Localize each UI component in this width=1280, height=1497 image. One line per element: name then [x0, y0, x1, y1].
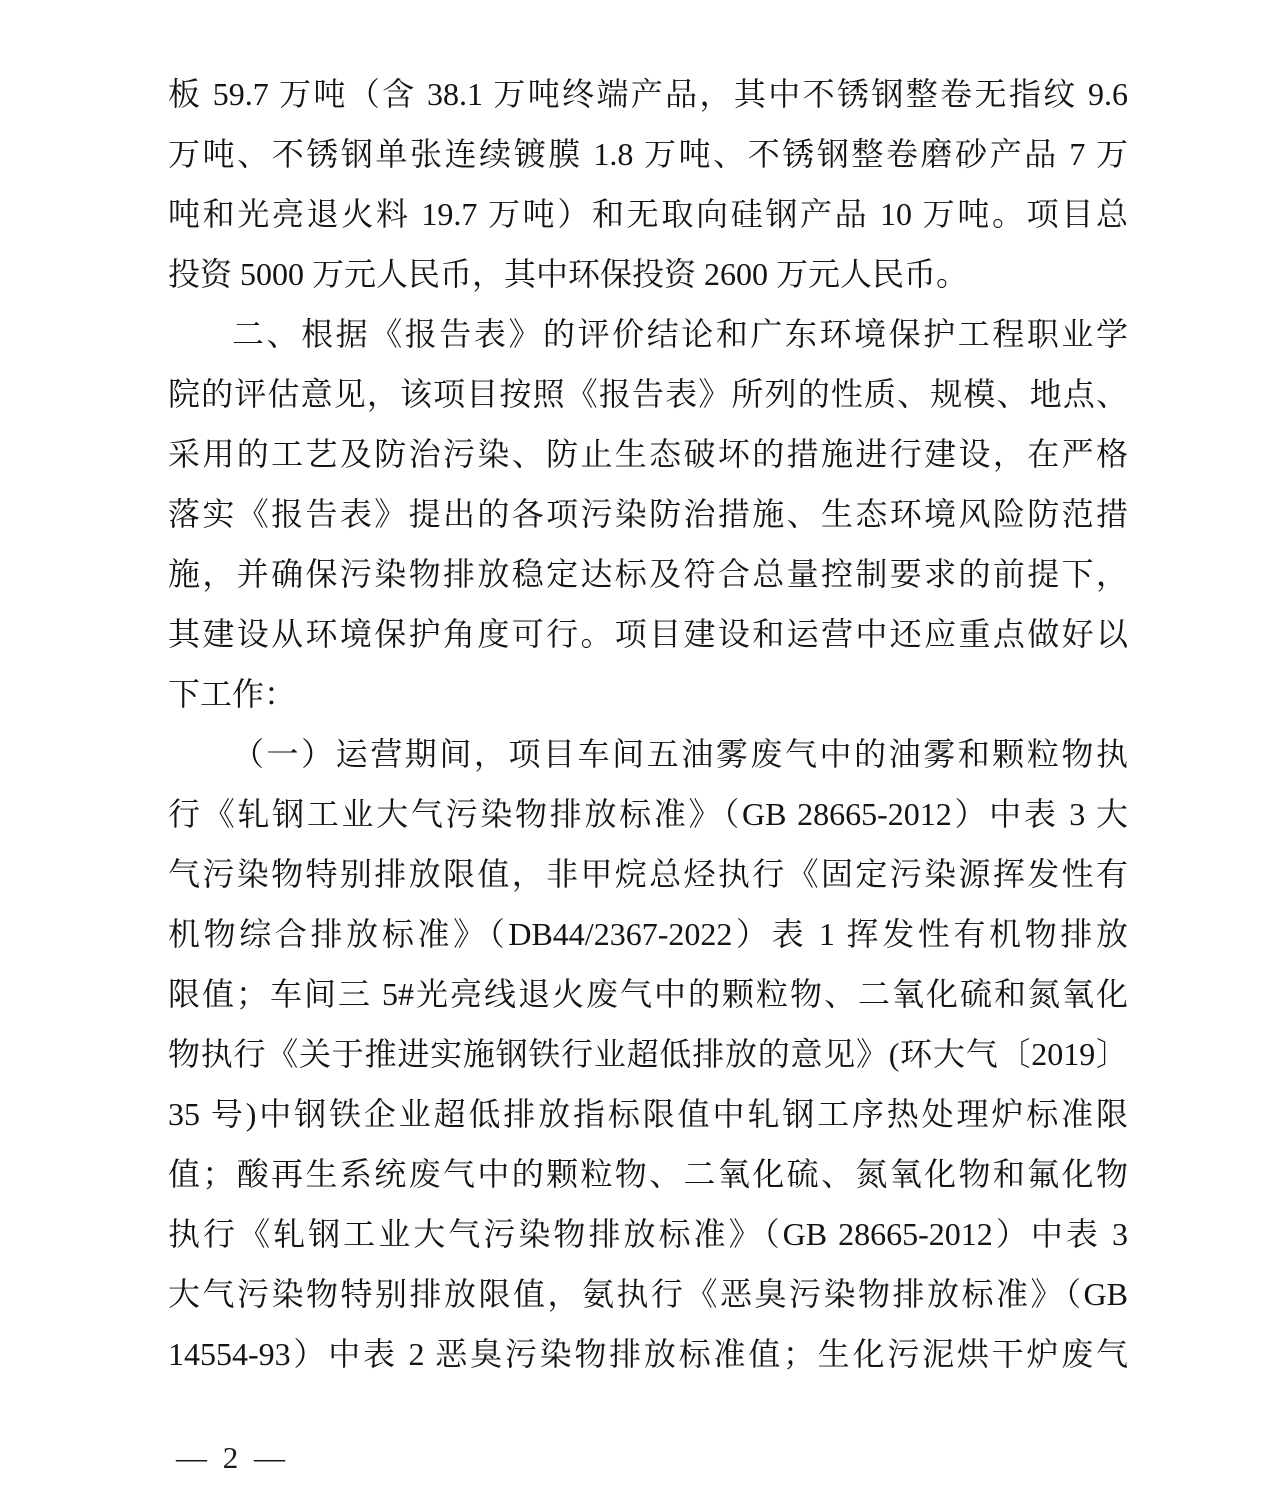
text-line: 万吨、不锈钢单张连续镀膜 1.8 万吨、不锈钢整卷磨砂产品 7 万	[168, 124, 1128, 184]
text-line: 二、根据《报告表》的评价结论和广东环境保护工程职业学	[168, 304, 1128, 364]
text-line: 14554-93）中表 2 恶臭污染物排放标准值；生化污泥烘干炉废气	[168, 1324, 1128, 1384]
text-line: 采用的工艺及防治污染、防止生态破坏的措施进行建设，在严格	[168, 424, 1128, 484]
text-line: 35 号)中钢铁企业超低排放指标限值中轧钢工序热处理炉标准限	[168, 1084, 1128, 1144]
text-line: 下工作：	[168, 664, 1128, 724]
text-line: （一）运营期间，项目车间五油雾废气中的油雾和颗粒物执	[168, 724, 1128, 784]
text-line: 施，并确保污染物排放稳定达标及符合总量控制要求的前提下，	[168, 544, 1128, 604]
text-line: 物执行《关于推进实施钢铁行业超低排放的意见》(环大气〔2019〕	[168, 1024, 1128, 1084]
text-line: 落实《报告表》提出的各项污染防治措施、生态环境风险防范措	[168, 484, 1128, 544]
document-page: 板 59.7 万吨（含 38.1 万吨终端产品，其中不锈钢整卷无指纹 9.6 万…	[0, 0, 1280, 1497]
text-line: 大气污染物特别排放限值，氨执行《恶臭污染物排放标准》（GB	[168, 1264, 1128, 1324]
text-line: 气污染物特别排放限值，非甲烷总烃执行《固定污染源挥发性有	[168, 844, 1128, 904]
text-line: 其建设从环境保护角度可行。项目建设和运营中还应重点做好以	[168, 604, 1128, 664]
text-line: 院的评估意见，该项目按照《报告表》所列的性质、规模、地点、	[168, 364, 1128, 424]
text-line: 值；酸再生系统废气中的颗粒物、二氧化硫、氮氧化物和氟化物	[168, 1144, 1128, 1204]
text-line: 机物综合排放标准》（DB44/2367-2022）表 1 挥发性有机物排放	[168, 904, 1128, 964]
text-line: 板 59.7 万吨（含 38.1 万吨终端产品，其中不锈钢整卷无指纹 9.6	[168, 64, 1128, 124]
text-line: 吨和光亮退火料 19.7 万吨）和无取向硅钢产品 10 万吨。项目总	[168, 184, 1128, 244]
text-line: 投资 5000 万元人民币，其中环保投资 2600 万元人民币。	[168, 244, 1128, 304]
page-number: — 2 —	[176, 1436, 289, 1480]
text-line: 执行《轧钢工业大气污染物排放标准》（GB 28665-2012）中表 3	[168, 1204, 1128, 1264]
text-line: 限值；车间三 5#光亮线退火废气中的颗粒物、二氧化硫和氮氧化	[168, 964, 1128, 1024]
document-body: 板 59.7 万吨（含 38.1 万吨终端产品，其中不锈钢整卷无指纹 9.6 万…	[168, 64, 1128, 1384]
text-line: 行《轧钢工业大气污染物排放标准》（GB 28665-2012）中表 3 大	[168, 784, 1128, 844]
